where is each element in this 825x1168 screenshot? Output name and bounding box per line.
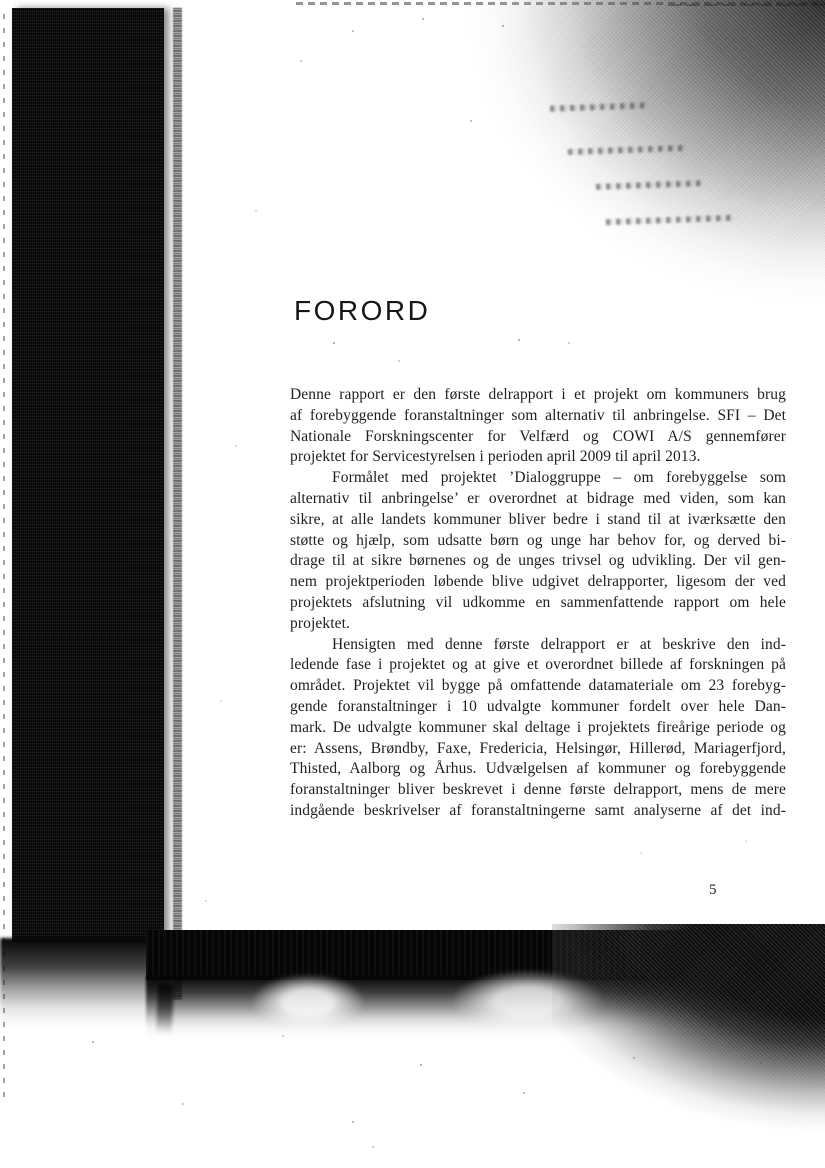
- text-line: projektets afslutning vil udkomme en sam…: [290, 593, 786, 614]
- scan-smudge-bottom-right: [552, 924, 825, 1166]
- book-binding-edge-stripe: [173, 8, 182, 1000]
- scan-smudge-grain: [470, 0, 825, 335]
- text-line: Formålet med projektet ’Dialoggruppe – o…: [290, 468, 786, 489]
- text-line: sikre, at alle landets kommuner bliver b…: [290, 510, 786, 531]
- scan-dark-left-band-fade: [0, 938, 170, 1026]
- text-line: Denne rapport er den første delrapport i…: [290, 385, 786, 406]
- text-line: er: Assens, Brøndby, Faxe, Fredericia, H…: [290, 739, 786, 760]
- text-line: ledende fase i projektet og at give et o…: [290, 655, 786, 676]
- scanned-document-page: FORORD Denne rapport er den første delra…: [0, 0, 825, 1168]
- scan-smudge-shade: [552, 924, 825, 1166]
- scan-noise-dots: [0, 0, 2, 2]
- page-heading: FORORD: [294, 295, 430, 327]
- ghost-text-noise: [550, 102, 650, 111]
- body-paragraph: Formålet med projektet ’Dialoggruppe – o…: [290, 468, 786, 634]
- page-number: 5: [709, 882, 717, 899]
- scan-band-light-patch: [252, 974, 364, 1030]
- text-line: projektet for Servicestyrelsen i periode…: [290, 447, 786, 468]
- scan-bottom-black-band: [146, 930, 825, 980]
- text-line: Thisted, Aalborg og Århus. Udvælgelsen a…: [290, 759, 786, 780]
- text-line: Nationale Forskningscenter for Velfærd o…: [290, 427, 786, 448]
- text-line: området. Projektet vil bygge på omfatten…: [290, 676, 786, 697]
- body-paragraph: Hensigten med denne første delrapport er…: [290, 635, 786, 822]
- scan-smudge-shade: [470, 0, 825, 335]
- text-line: indgående beskrivelser af foranstaltning…: [290, 801, 786, 822]
- text-line: alternativ til anbringelse’ er overordne…: [290, 489, 786, 510]
- scan-left-edge-dotted-line: [3, 14, 5, 1106]
- text-line: nem projektperioden løbende blive udgive…: [290, 572, 786, 593]
- text-line: projektet.: [290, 614, 786, 635]
- text-line: mark. De udvalgte kommuner skal deltage …: [290, 718, 786, 739]
- ghost-text-noise: [606, 215, 732, 225]
- body-text-block: Denne rapport er den første delrapport i…: [290, 385, 786, 822]
- scan-top-dashed-line-segment: [668, 4, 825, 6]
- text-line: støtte og hjælp, som udsatte børn og ung…: [290, 531, 786, 552]
- ghost-text-noise: [568, 145, 684, 155]
- text-line: foranstaltninger bliver beskrevet i denn…: [290, 780, 786, 801]
- scan-dark-left-band: [12, 8, 164, 942]
- scan-band-drip: [156, 984, 175, 1035]
- scan-bottom-band-fade: [146, 976, 825, 1038]
- ghost-text-noise: [596, 180, 702, 190]
- text-line: drage til at sikre børnenes og de unges …: [290, 551, 786, 572]
- text-line: af forebyggende foranstaltninger som alt…: [290, 406, 786, 427]
- text-line: Hensigten med denne første delrapport er…: [290, 635, 786, 656]
- scan-smudge-grain: [552, 924, 825, 1166]
- scan-smudge-top-right: [470, 0, 825, 335]
- text-line: gende foranstaltninger i 10 udvalgte kom…: [290, 697, 786, 718]
- body-paragraph: Denne rapport er den første delrapport i…: [290, 385, 786, 468]
- scan-band-light-patch: [452, 970, 604, 1032]
- scan-top-dashed-line: [296, 2, 825, 5]
